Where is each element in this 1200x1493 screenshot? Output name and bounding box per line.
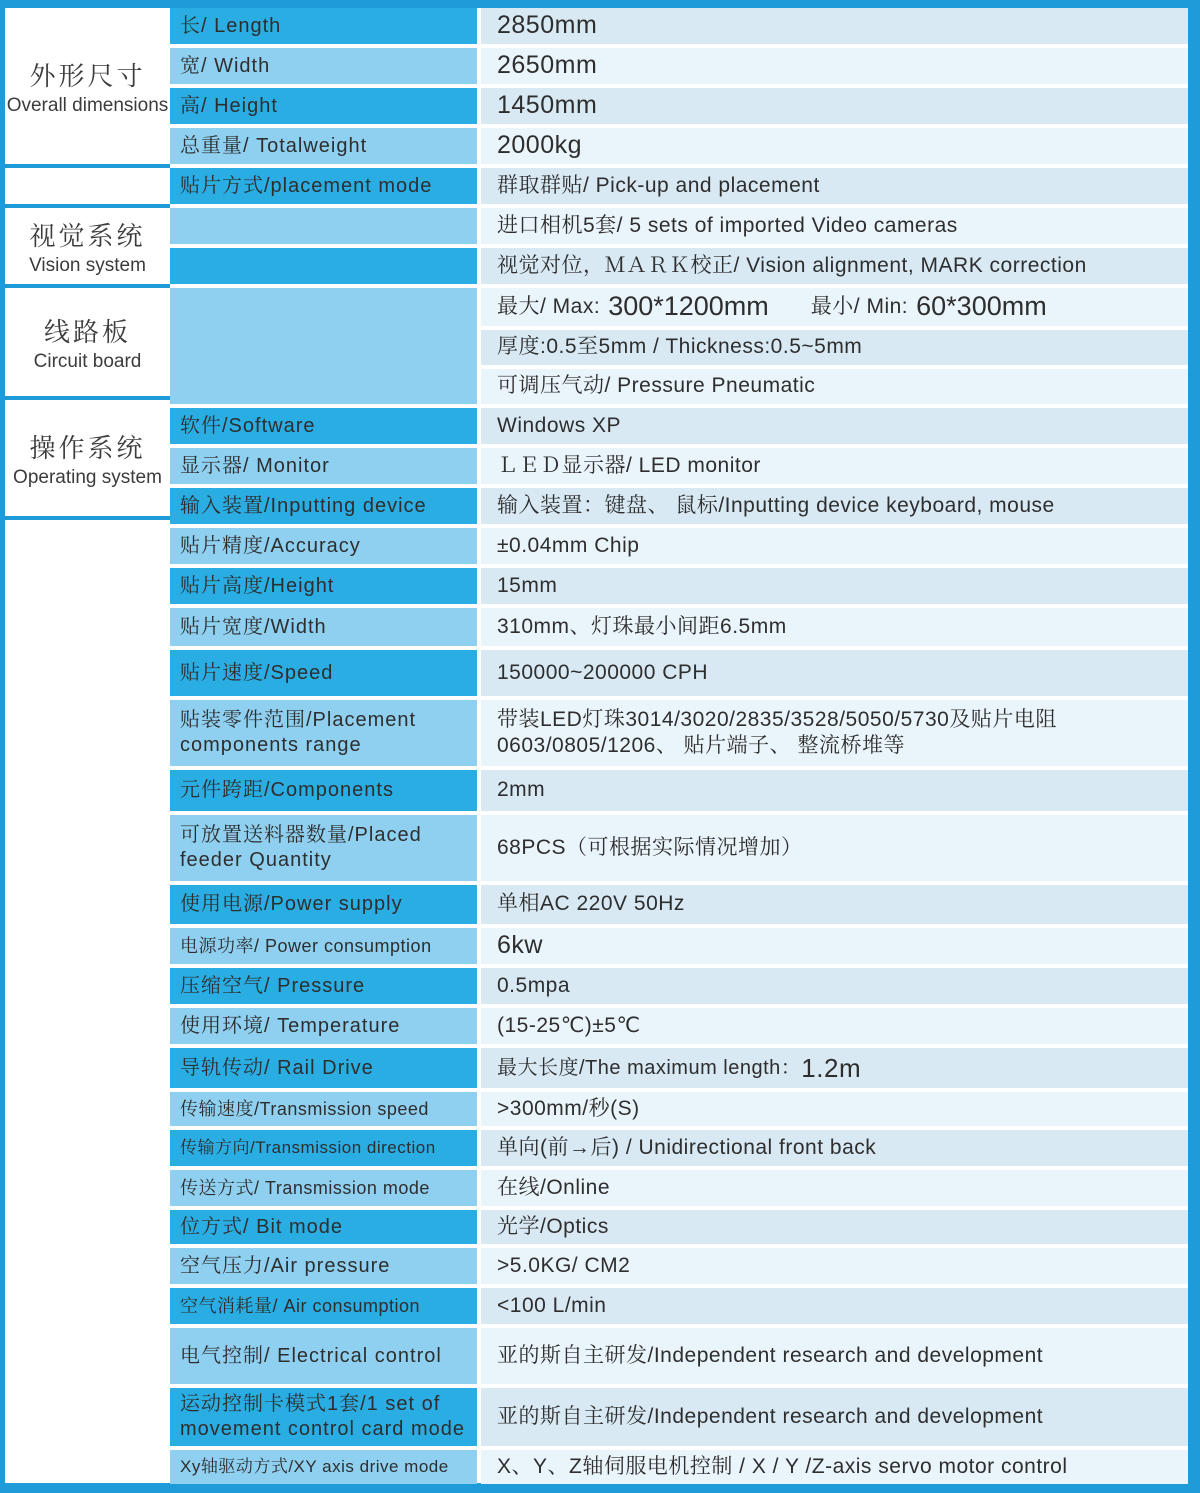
table-row-rail-drive: 导轨传动/ Rail Drive 最大长度/The maximum length… xyxy=(170,1048,1188,1088)
param-name-cell: 运动控制卡模式1套/1 set of movement control card… xyxy=(170,1388,477,1446)
param-name-cell: 传送方式/ Transmission mode xyxy=(170,1170,477,1206)
param-name-cell: 输入装置/Inputting device xyxy=(170,488,477,524)
category-overall-dimensions: 外形尺寸 Overall dimensions xyxy=(5,8,170,164)
param-name-cell xyxy=(170,369,477,404)
category-vision-system: 视觉系统 Vision system xyxy=(5,208,170,284)
table-row-cameras: 进口相机5套/ 5 sets of imported Video cameras xyxy=(170,208,1188,244)
param-name-cell: 显示器/ Monitor xyxy=(170,448,477,484)
table-row-compressed-air: 压缩空气/ Pressure 0.5mpa xyxy=(170,968,1188,1004)
param-value-cell: 可调压气动/ Pressure Pneumatic xyxy=(481,369,1188,404)
table-row-height: 高/ Height 1450mm xyxy=(170,88,1188,124)
param-name-cell: 使用环境/ Temperature xyxy=(170,1008,477,1044)
spec-rows: 长/ Length 2850mm 宽/ Width 2650mm 高/ Heig… xyxy=(170,8,1188,1484)
table-row-vision-alignment: 视觉对位，ＭＡＲＫ校正/ Vision alignment, MARK corr… xyxy=(170,248,1188,284)
param-value-cell: 最大长度/The maximum length： 1.2m xyxy=(481,1048,1188,1088)
category-title-zh: 操作系统 xyxy=(29,428,145,465)
table-row-transmission-mode: 传送方式/ Transmission mode 在线/Online xyxy=(170,1170,1188,1206)
table-row-motion-control-card: 运动控制卡模式1套/1 set of movement control card… xyxy=(170,1388,1188,1446)
param-name-cell: 压缩空气/ Pressure xyxy=(170,968,477,1004)
table-row-board-size: 最大/ Max: 300*1200mm 最小/ Min: 60*300mm xyxy=(170,288,1188,326)
table-row-speed: 贴片速度/Speed 150000~200000 CPH xyxy=(170,650,1188,696)
param-value-cell: 2mm xyxy=(481,770,1188,811)
table-row-chip-height: 贴片高度/Height 15mm xyxy=(170,568,1188,604)
category-title-zh: 外形尺寸 xyxy=(29,56,145,93)
table-row-length: 长/ Length 2850mm xyxy=(170,8,1188,44)
param-name-cell: 电源功率/ Power consumption xyxy=(170,928,477,964)
param-name-cell: 传输方向/Transmission direction xyxy=(170,1130,477,1166)
param-name-cell: 贴片宽度/Width xyxy=(170,608,477,646)
param-value-cell: 310mm、灯珠最小间距6.5mm xyxy=(481,608,1188,646)
table-row-transmission-speed: 传输速度/Transmission speed >300mm/秒(S) xyxy=(170,1092,1188,1126)
param-name-cell: 总重量/ Totalweight xyxy=(170,128,477,164)
table-row-xy-axis-drive: Xy轴驱动方式/XY axis drive mode X、Y、Z轴伺服电机控制 … xyxy=(170,1450,1188,1484)
param-name-cell xyxy=(170,288,477,326)
param-value-cell: 单向(前→后) / Unidirectional front back xyxy=(481,1130,1188,1166)
category-title-zh: 线路板 xyxy=(44,312,131,349)
table-row-power-consumption: 电源功率/ Power consumption 6kw xyxy=(170,928,1188,964)
param-name-cell: 传输速度/Transmission speed xyxy=(170,1092,477,1126)
param-value-cell: 带装LED灯珠3014/3020/2835/3528/5050/5730及贴片电… xyxy=(481,700,1188,766)
category-title-en: Circuit board xyxy=(34,351,142,373)
max-size-label: 最大/ Max: xyxy=(497,294,600,320)
param-name-cell: 空气消耗量/ Air consumption xyxy=(170,1288,477,1324)
param-value-cell: <100 L/min xyxy=(481,1288,1188,1324)
param-name-cell: 宽/ Width xyxy=(170,48,477,84)
param-name-cell: 贴片速度/Speed xyxy=(170,650,477,696)
category-title-zh: 视觉系统 xyxy=(29,216,145,253)
min-size-value: 60*300mm xyxy=(916,290,1047,324)
table-row-pneumatic: 可调压气动/ Pressure Pneumatic xyxy=(170,369,1188,404)
param-value-cell: X、Y、Z轴伺服电机控制 / X / Y /Z-axis servo motor… xyxy=(481,1450,1188,1484)
param-name-cell: 导轨传动/ Rail Drive xyxy=(170,1048,477,1088)
param-value-cell: 厚度:0.5至5mm / Thickness:0.5~5mm xyxy=(481,330,1188,365)
param-value-cell: 亚的斯自主研发/Independent research and develop… xyxy=(481,1388,1188,1446)
table-row-accuracy: 贴片精度/Accuracy ±0.04mm Chip xyxy=(170,528,1188,564)
param-name-cell: 可放置送料器数量/Placed feeder Quantity xyxy=(170,815,477,881)
param-name-cell: 空气压力/Air pressure xyxy=(170,1248,477,1284)
param-value-cell: 进口相机5套/ 5 sets of imported Video cameras xyxy=(481,208,1188,244)
param-value-cell: 6kw xyxy=(481,928,1188,964)
param-value-cell: 2850mm xyxy=(481,8,1188,44)
param-name-cell: 贴装零件范围/Placement components range xyxy=(170,700,477,766)
table-row-transmission-direction: 传输方向/Transmission direction 单向(前→后) / Un… xyxy=(170,1130,1188,1166)
param-name-cell xyxy=(170,330,477,365)
table-row-bit-mode: 位方式/ Bit mode 光学/Optics xyxy=(170,1210,1188,1244)
spec-sheet: 外形尺寸 Overall dimensions 视觉系统 Vision syst… xyxy=(0,0,1200,1493)
min-size-label: 最小/ Min: xyxy=(811,294,908,320)
param-value-cell: 15mm xyxy=(481,568,1188,604)
table-row-electrical-control: 电气控制/ Electrical control 亚的斯自主研发/Indepen… xyxy=(170,1328,1188,1384)
category-circuit-board: 线路板 Circuit board xyxy=(5,288,170,396)
param-value-cell: 在线/Online xyxy=(481,1170,1188,1206)
category-column: 外形尺寸 Overall dimensions 视觉系统 Vision syst… xyxy=(5,8,170,1483)
param-name-cell xyxy=(170,208,477,244)
param-value-cell: 1450mm xyxy=(481,88,1188,124)
table-row-temperature: 使用环境/ Temperature (15-25℃)±5℃ xyxy=(170,1008,1188,1044)
param-name-cell: 使用电源/Power supply xyxy=(170,885,477,924)
category-empty xyxy=(5,168,170,204)
divider xyxy=(5,516,170,520)
table-row-feeder-quantity: 可放置送料器数量/Placed feeder Quantity 68PCS（可根… xyxy=(170,815,1188,881)
rail-drive-text: 最大长度/The maximum length： xyxy=(497,1056,801,1081)
table-row-air-consumption: 空气消耗量/ Air consumption <100 L/min xyxy=(170,1288,1188,1324)
param-name-cell xyxy=(170,248,477,284)
param-name-cell: 元件跨距/Components xyxy=(170,770,477,811)
param-name-cell: 长/ Length xyxy=(170,8,477,44)
param-value-cell: Windows XP xyxy=(481,408,1188,444)
param-value-cell: >5.0KG/ CM2 xyxy=(481,1248,1188,1284)
param-name-cell: 贴片高度/Height xyxy=(170,568,477,604)
spec-table: 外形尺寸 Overall dimensions 视觉系统 Vision syst… xyxy=(5,8,1188,1483)
param-value-cell: 群取群贴/ Pick-up and placement xyxy=(481,168,1188,204)
max-size-value: 300*1200mm xyxy=(608,290,769,324)
param-value-cell: 最大/ Max: 300*1200mm 最小/ Min: 60*300mm xyxy=(481,288,1188,326)
param-value-cell: 0.5mpa xyxy=(481,968,1188,1004)
category-operating-system: 操作系统 Operating system xyxy=(5,400,170,516)
table-row-software: 软件/Software Windows XP xyxy=(170,408,1188,444)
category-title-en: Operating system xyxy=(13,467,162,489)
param-name-cell: 贴片精度/Accuracy xyxy=(170,528,477,564)
param-value-cell: 单相AC 220V 50Hz xyxy=(481,885,1188,924)
table-row-width: 宽/ Width 2650mm xyxy=(170,48,1188,84)
rail-drive-length: 1.2m xyxy=(801,1052,861,1085)
param-value-cell: (15-25℃)±5℃ xyxy=(481,1008,1188,1044)
param-name-cell: 高/ Height xyxy=(170,88,477,124)
table-row-power-supply: 使用电源/Power supply 单相AC 220V 50Hz xyxy=(170,885,1188,924)
param-name-cell: 软件/Software xyxy=(170,408,477,444)
param-value-cell: 68PCS（可根据实际情况增加） xyxy=(481,815,1188,881)
category-title-en: Overall dimensions xyxy=(7,95,169,117)
param-value-cell: ±0.04mm Chip xyxy=(481,528,1188,564)
param-name-cell: 位方式/ Bit mode xyxy=(170,1210,477,1244)
param-value-cell: 输入装置：键盘、 鼠标/Inputting device keyboard, m… xyxy=(481,488,1188,524)
param-value-cell: 2650mm xyxy=(481,48,1188,84)
param-value-cell: 视觉对位，ＭＡＲＫ校正/ Vision alignment, MARK corr… xyxy=(481,248,1188,284)
table-row-inputting-device: 输入装置/Inputting device 输入装置：键盘、 鼠标/Inputt… xyxy=(170,488,1188,524)
param-value-cell: 光学/Optics xyxy=(481,1210,1188,1244)
table-row-placement-mode: 贴片方式/placement mode 群取群贴/ Pick-up and pl… xyxy=(170,168,1188,204)
param-name-cell: Xy轴驱动方式/XY axis drive mode xyxy=(170,1450,477,1484)
param-name-cell: 贴片方式/placement mode xyxy=(170,168,477,204)
table-row-total-weight: 总重量/ Totalweight 2000kg xyxy=(170,128,1188,164)
param-value-cell: ＬＥＤ显示器/ LED monitor xyxy=(481,448,1188,484)
table-row-monitor: 显示器/ Monitor ＬＥＤ显示器/ LED monitor xyxy=(170,448,1188,484)
table-row-components-range: 贴装零件范围/Placement components range 带装LED灯… xyxy=(170,700,1188,766)
table-row-thickness: 厚度:0.5至5mm / Thickness:0.5~5mm xyxy=(170,330,1188,365)
param-value-cell: 2000kg xyxy=(481,128,1188,164)
param-value-cell: 亚的斯自主研发/Independent research and develop… xyxy=(481,1328,1188,1384)
param-value-cell: 150000~200000 CPH xyxy=(481,650,1188,696)
param-value-cell: >300mm/秒(S) xyxy=(481,1092,1188,1126)
category-title-en: Vision system xyxy=(29,255,146,277)
table-row-component-span: 元件跨距/Components 2mm xyxy=(170,770,1188,811)
table-row-air-pressure: 空气压力/Air pressure >5.0KG/ CM2 xyxy=(170,1248,1188,1284)
param-name-cell: 电气控制/ Electrical control xyxy=(170,1328,477,1384)
table-row-chip-width: 贴片宽度/Width 310mm、灯珠最小间距6.5mm xyxy=(170,608,1188,646)
